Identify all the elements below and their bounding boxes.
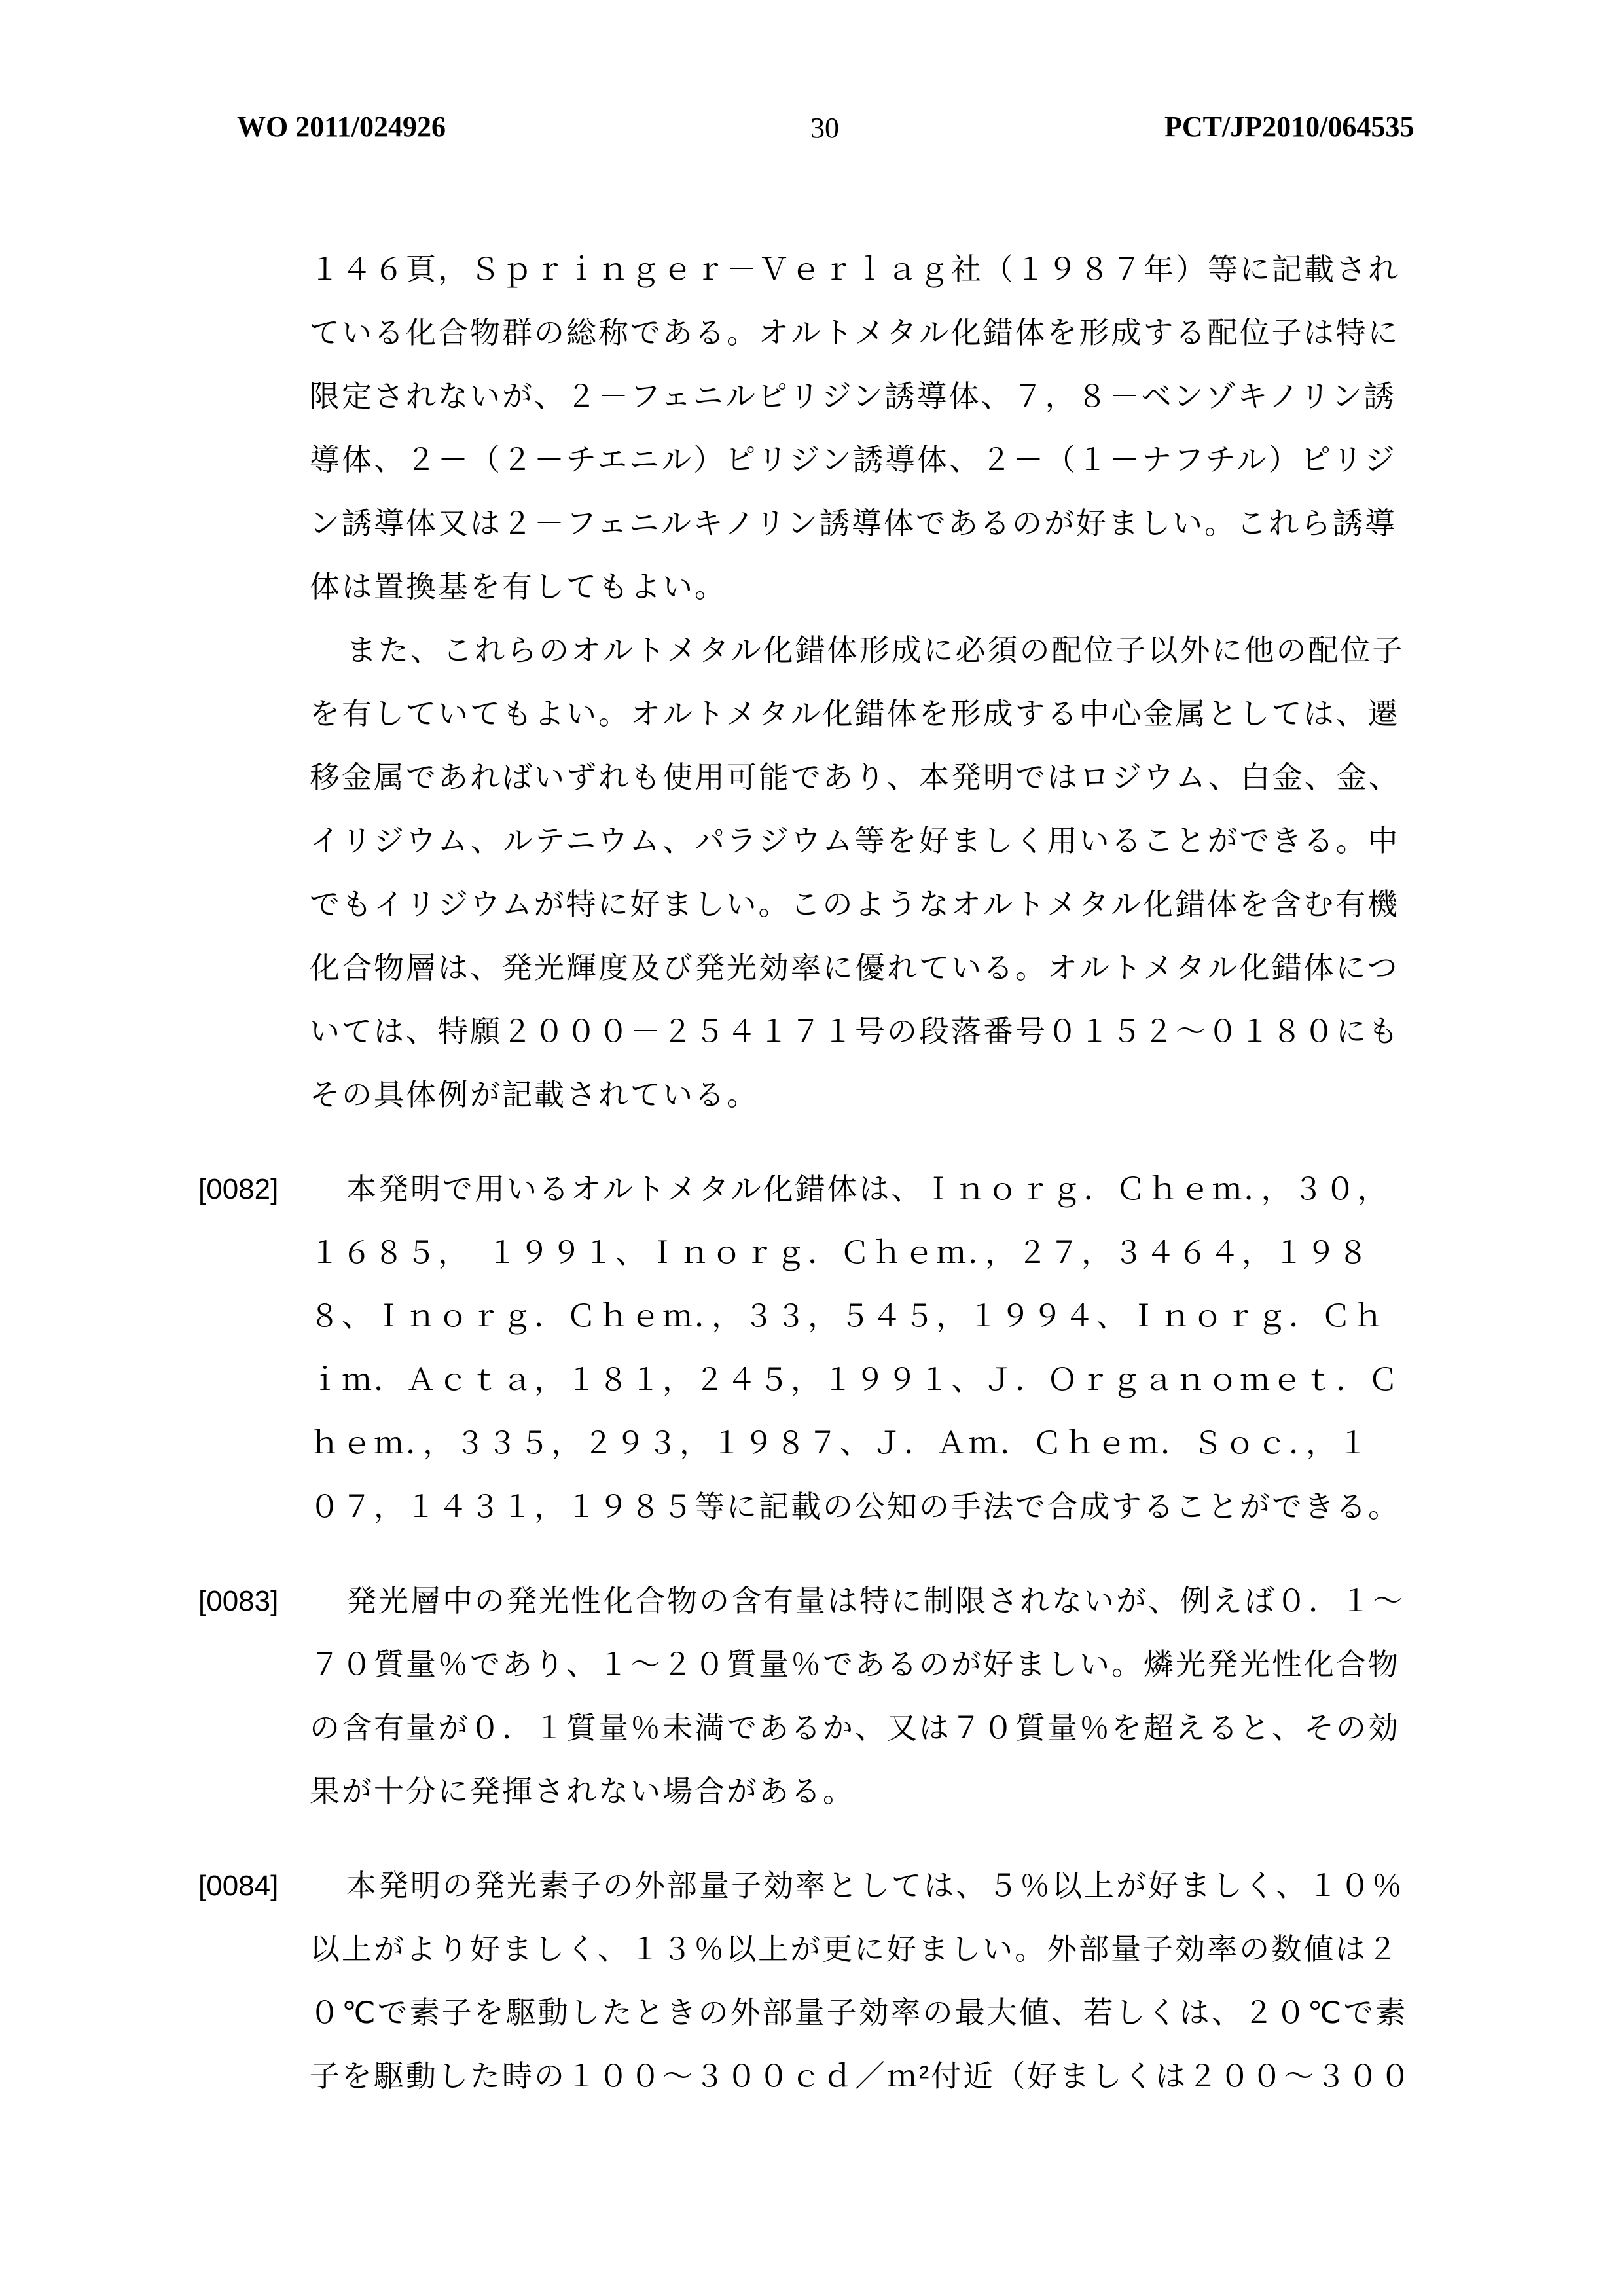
text-line: 移金属であればいずれも使用可能であり、本発明ではロジウム、白金、金、	[310, 746, 1422, 809]
text-line: ０７，１４３１，１９８５等に記載の公知の手法で合成することができる。	[310, 1475, 1422, 1539]
text-line: 限定されないが、２－フェニルピリジン誘導体、７，８－ベンゾキノリン誘	[310, 365, 1422, 428]
text-line: ７０質量％であり、１～２０質量％であるのが好ましい。燐光発光性化合物	[310, 1633, 1422, 1696]
text-line-content: 本発明の発光素子の外部量子効率としては、５％以上が好ましく、１０％	[346, 1868, 1404, 1903]
text-line-content: ｈｅｍ．，３３５，２９３，１９８７、Ｊ．Ａｍ．Ｃｈｅｍ．Ｓｏｃ．，１	[310, 1426, 1370, 1460]
text-line: また、これらのオルトメタル化錯体形成に必須の配位子以外に他の配位子	[310, 619, 1422, 682]
page-header: WO 2011/024926 30 PCT/JP2010/064535	[0, 0, 1622, 170]
text-line: 化合物層は、発光輝度及び発光効率に優れている。オルトメタル化錯体につ	[310, 936, 1422, 1000]
text-line-content: ８、Ｉｎｏｒｇ．Ｃｈｅｍ．，３３，５４５，１９９４、Ｉｎｏｒｇ．Ｃｈ	[310, 1299, 1385, 1333]
text-line-content: の含有量が０．１質量％未満であるか、又は７０質量％を超えると、その効	[310, 1711, 1400, 1745]
text-line: ８、Ｉｎｏｒｇ．Ｃｈｅｍ．，３３，５４５，１９９４、Ｉｎｏｒｇ．Ｃｈ	[310, 1285, 1422, 1348]
text-line-content: ０７，１４３１，１９８５等に記載の公知の手法で合成することができる。	[310, 1489, 1400, 1523]
text-line-content: １４６頁，Ｓｐｒｉｎｇｅｒ－Ｖｅｒｌａｇ社（１９８７年）等に記載され	[310, 252, 1400, 286]
text-line: [0083]発光層中の発光性化合物の含有量は特に制限されないが、例えば０．１～	[310, 1569, 1422, 1633]
text-line: イリジウム、ルテニウム、パラジウム等を好ましく用いることができる。中	[310, 809, 1422, 873]
text-line: 導体、２－（２－チエニル）ピリジン誘導体、２－（１－ナフチル）ピリジ	[310, 428, 1422, 492]
patent-page: WO 2011/024926 30 PCT/JP2010/064535 １４６頁…	[0, 0, 1622, 2296]
text-line: ン誘導体又は２－フェニルキノリン誘導体であるのが好ましい。これら誘導	[310, 492, 1422, 555]
text-line-content: ン誘導体又は２－フェニルキノリン誘導体であるのが好ましい。これら誘導	[310, 506, 1397, 540]
text-line-content: 移金属であればいずれも使用可能であり、本発明ではロジウム、白金、金、	[310, 760, 1401, 794]
text-line: を有していてもよい。オルトメタル化錯体を形成する中心金属としては、遷	[310, 682, 1422, 746]
text-line-content: イリジウム、ルテニウム、パラジウム等を好ましく用いることができる。中	[310, 824, 1400, 858]
text-line-content: を有していてもよい。オルトメタル化錯体を形成する中心金属としては、遷	[310, 697, 1400, 731]
text-line: いては、特願２０００－２５４１７１号の段落番号０１５２～０１８０にも	[310, 1000, 1422, 1063]
text-line-content: ｉｍ．Ａｃｔａ，１８１，２４５，１９９１、Ｊ．Ｏｒｇａｎｏｍｅｔ．Ｃ	[310, 1362, 1400, 1396]
application-number: PCT/JP2010/064535	[1164, 110, 1414, 144]
text-line-content: でもイリジウムが特に好ましい。このようなオルトメタル化錯体を含む有機	[310, 887, 1399, 921]
text-line: ｈｅｍ．，３３５，２９３，１９８７、Ｊ．Ａｍ．Ｃｈｅｍ．Ｓｏｃ．，１	[310, 1412, 1422, 1475]
publication-number: WO 2011/024926	[237, 110, 446, 144]
text-line: 以上がより好ましく、１３％以上が更に好ましい。外部量子効率の数値は２	[310, 1918, 1422, 1981]
document-body: １４６頁，Ｓｐｒｉｎｇｅｒ－Ｖｅｒｌａｇ社（１９８７年）等に記載されている化合物…	[310, 238, 1422, 2108]
paragraph-number: [0084]	[198, 1854, 278, 1918]
text-line-content: 体は置換基を有してもよい。	[310, 570, 727, 604]
text-line: ｉｍ．Ａｃｔａ，１８１，２４５，１９９１、Ｊ．Ｏｒｇａｎｏｍｅｔ．Ｃ	[310, 1348, 1422, 1412]
text-line-content: その具体例が記載されている。	[310, 1078, 759, 1112]
text-line: の含有量が０．１質量％未満であるか、又は７０質量％を超えると、その効	[310, 1696, 1422, 1760]
text-line-content: また、これらのオルトメタル化錯体形成に必須の配位子以外に他の配位子	[346, 633, 1405, 667]
text-line-content: 発光層中の発光性化合物の含有量は特に制限されないが、例えば０．１～	[346, 1584, 1405, 1618]
text-line-content: 導体、２－（２－チエニル）ピリジン誘導体、２－（１－ナフチル）ピリジ	[310, 443, 1397, 477]
text-line: でもイリジウムが特に好ましい。このようなオルトメタル化錯体を含む有機	[310, 873, 1422, 936]
text-line-content: 果が十分に発揮されない場合がある。	[310, 1774, 855, 1808]
text-line: ている化合物群の総称である。オルトメタル化錯体を形成する配位子は特に	[310, 301, 1422, 365]
text-line-content: 本発明で用いるオルトメタル化錯体は、Ｉｎｏｒｇ．Ｃｈｅｍ．，３０，	[346, 1172, 1390, 1206]
text-line-content: いては、特願２０００－２５４１７１号の段落番号０１５２～０１８０にも	[310, 1014, 1400, 1048]
text-line-content: ７０質量％であり、１～２０質量％であるのが好ましい。燐光発光性化合物	[310, 1647, 1400, 1681]
text-line: ０℃で素子を駆動したときの外部量子効率の最大値、若しくは、２０℃で素	[310, 1981, 1422, 2045]
text-line: 子を駆動した時の１００～３００ｃｄ／ｍ²付近（好ましくは２００～３００	[310, 2045, 1422, 2108]
text-line-content: 限定されないが、２－フェニルピリジン誘導体、７，８－ベンゾキノリン誘	[310, 379, 1396, 413]
text-line-content: 以上がより好ましく、１３％以上が更に好ましい。外部量子効率の数値は２	[310, 1932, 1399, 1966]
text-line-content: 化合物層は、発光輝度及び発光効率に優れている。オルトメタル化錯体につ	[310, 951, 1399, 985]
paragraph-number: [0082]	[198, 1157, 278, 1221]
text-line: １６８５， １９９１、Ｉｎｏｒｇ．Ｃｈｅｍ．，２７，３４６４，１９８	[310, 1221, 1422, 1285]
page-number: 30	[810, 111, 839, 145]
text-line: １４６頁，Ｓｐｒｉｎｇｅｒ－Ｖｅｒｌａｇ社（１９８７年）等に記載され	[310, 238, 1422, 301]
text-line-content: ０℃で素子を駆動したときの外部量子効率の最大値、若しくは、２０℃で素	[310, 1995, 1407, 2030]
text-line: [0082]本発明で用いるオルトメタル化錯体は、Ｉｎｏｒｇ．Ｃｈｅｍ．，３０，	[310, 1157, 1422, 1221]
paragraph-number: [0083]	[198, 1569, 278, 1633]
text-line-content: 子を駆動した時の１００～３００ｃｄ／ｍ²付近（好ましくは２００～３００	[310, 2059, 1412, 2093]
text-line: [0084]本発明の発光素子の外部量子効率としては、５％以上が好ましく、１０％	[310, 1854, 1422, 1918]
text-line: 果が十分に発揮されない場合がある。	[310, 1760, 1422, 1823]
text-line-content: １６８５， １９９１、Ｉｎｏｒｇ．Ｃｈｅｍ．，２７，３４６４，１９８	[310, 1235, 1370, 1269]
text-line: その具体例が記載されている。	[310, 1063, 1422, 1127]
text-line: 体は置換基を有してもよい。	[310, 555, 1422, 619]
text-line-content: ている化合物群の総称である。オルトメタル化錯体を形成する配位子は特に	[310, 316, 1400, 350]
